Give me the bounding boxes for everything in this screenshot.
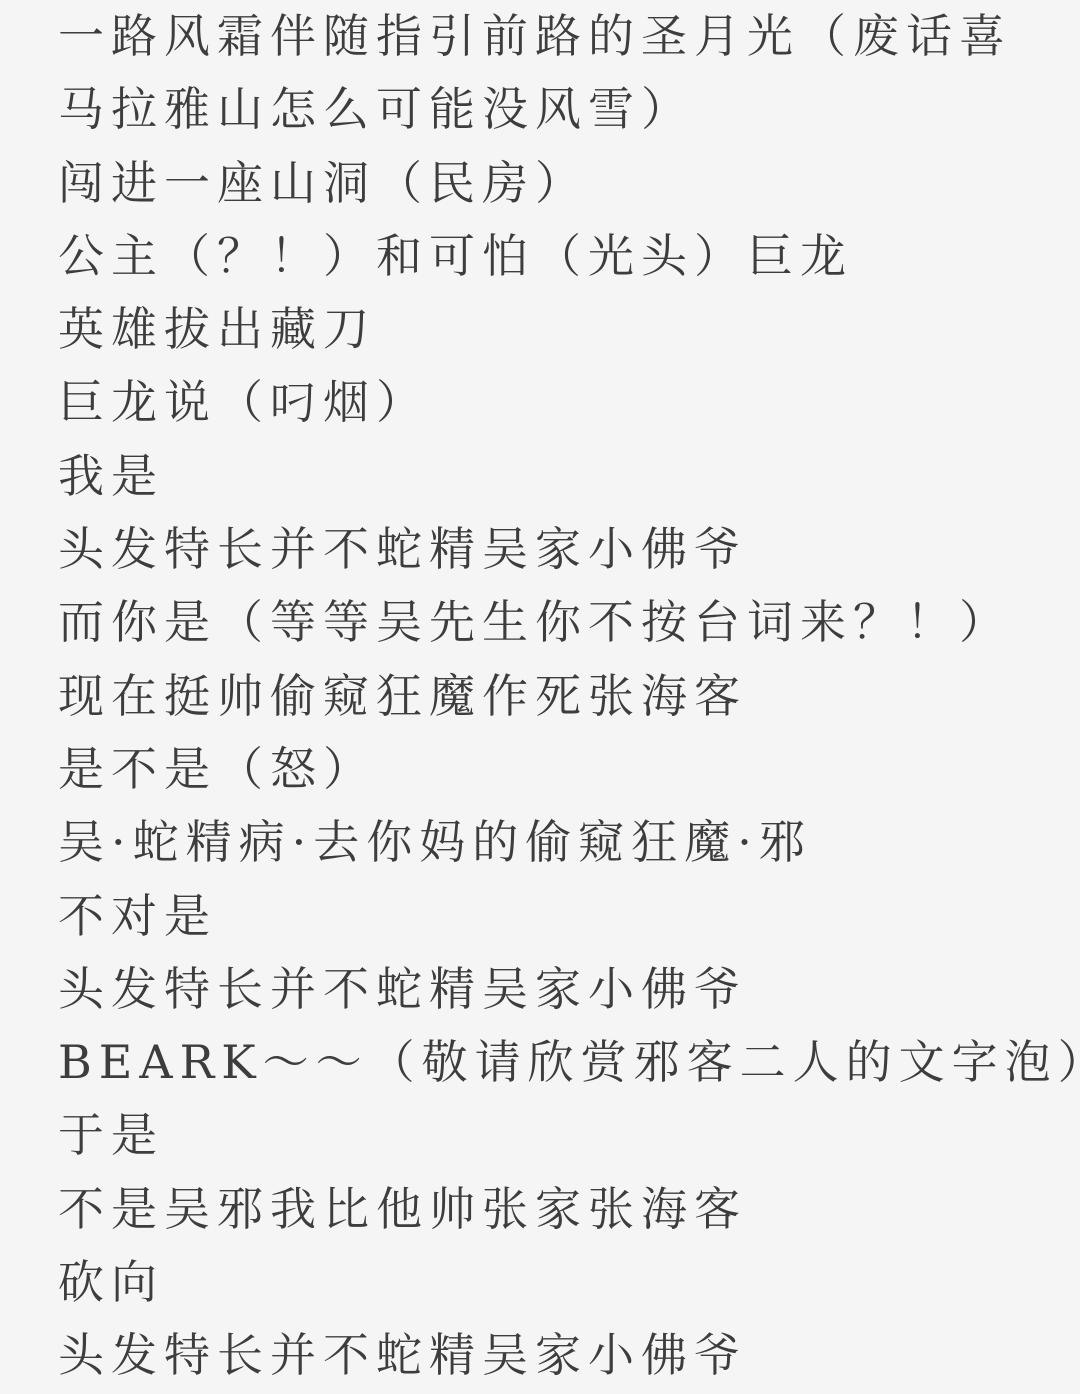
text-line: 头发特长并不蛇精吴家小佛爷 [58,1319,1060,1392]
text-line: 砍向 [58,1246,1060,1319]
text-line: 巨龙说（叼烟） [58,366,1060,439]
text-line: 而你是（等等吴先生你不按台词来？！） [58,586,1060,659]
text-line: 头发特长并不蛇精吴家小佛爷 [58,953,1060,1026]
text-line: 是不是（怒） [58,733,1060,806]
text-line: 我是 [58,440,1060,513]
text-line: BEARK～～（敬请欣赏邪客二人的文字泡） [58,1026,1060,1099]
text-line: 英雄拔出藏刀 [58,293,1060,366]
text-line: 不是吴邪我比他帅张家张海客 [58,1173,1060,1246]
text-line: 一路风霜伴随指引前路的圣月光（废话喜 [58,0,1060,73]
text-line: 吴·蛇精病·去你妈的偷窥狂魔·邪 [58,806,1060,879]
text-line: 于是 [58,1099,1060,1172]
text-line: 闯进一座山洞（民房） [58,147,1060,220]
text-line: 公主（？！）和可怕（光头）巨龙 [58,220,1060,293]
text-line: 现在挺帅偷窥狂魔作死张海客 [58,660,1060,733]
text-line: 马拉雅山怎么可能没风雪） [58,73,1060,146]
text-line: 头发特长并不蛇精吴家小佛爷 [58,513,1060,586]
lyrics-page: 一路风霜伴随指引前路的圣月光（废话喜 马拉雅山怎么可能没风雪） 闯进一座山洞（民… [0,0,1080,1394]
text-line: 不对是 [58,880,1060,953]
